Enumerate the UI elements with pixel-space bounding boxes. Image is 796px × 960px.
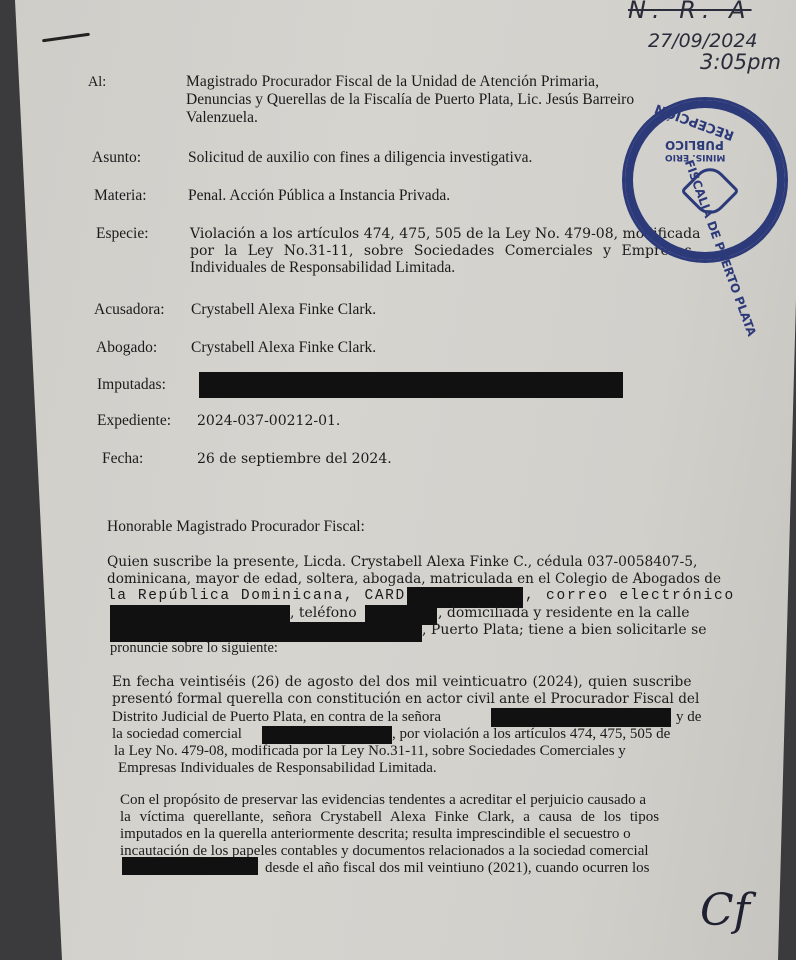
imputadas-redaction xyxy=(199,372,623,398)
p2-line-1: En fecha veintiséis (26) de agosto del d… xyxy=(112,674,692,690)
p2-line-2: presentó formal querella con constitució… xyxy=(112,691,699,707)
al-line-1: Magistrado Procurador Fiscal de la Unida… xyxy=(186,74,746,90)
abogado-value: Crystabell Alexa Finke Clark. xyxy=(191,340,376,356)
p2-line-5: la Ley No. 479-08, modificada por la Ley… xyxy=(114,743,626,759)
signature-initials: Cf xyxy=(700,885,750,936)
salutation: Honorable Magistrado Procurador Fiscal: xyxy=(107,519,365,535)
imputadas-label: Imputadas: xyxy=(97,377,166,393)
p2-line-4a: la sociedad comercial xyxy=(112,726,242,742)
received-date: 27/09/2024 xyxy=(648,30,758,52)
al-label: Al: xyxy=(88,74,106,90)
p3-line-1: Con el propósito de preservar las eviden… xyxy=(120,792,646,808)
p2-line-4b: , por violación a los artículos 474, 475… xyxy=(392,726,670,742)
stamp-center-1: MINIS. ERIO xyxy=(665,152,725,162)
p1-line-4b: , domiciliada y residente en la calle xyxy=(438,605,690,621)
p1-line-3b: , correo electrónico xyxy=(525,588,735,604)
pen-mark xyxy=(42,33,90,43)
stamp-top-text: RECEPCIÓN xyxy=(653,100,736,143)
p3-line-2: la víctima querellante, señora Crystabel… xyxy=(120,809,659,825)
address-redaction xyxy=(110,622,422,642)
asunto-label: Asunto: xyxy=(92,150,141,166)
received-time: 3:05pm xyxy=(700,50,781,74)
sociedad-redaction xyxy=(262,726,392,744)
acusadora-label: Acusadora: xyxy=(94,302,165,318)
p2-line-3a: Distrito Judicial de Puerto Plata, en co… xyxy=(112,709,441,725)
fecha-value: 26 de septiembre del 2024. xyxy=(197,451,392,467)
document-page: N. R. A 27/09/2024 3:05pm Al: Magistrado… xyxy=(0,0,796,960)
p1-line-2: dominicana, mayor de edad, soltera, abog… xyxy=(107,571,721,587)
p3-line-5: desde el año fiscal dos mil veintiuno (2… xyxy=(265,860,650,876)
expediente-value: 2024-037-00212-01. xyxy=(197,413,340,429)
p2-line-6: Empresas Individuales de Responsabilidad… xyxy=(118,760,437,776)
reception-stamp: RECEPCIÓN FISCALIA DE PUERTO PLATA MINIS… xyxy=(622,97,788,263)
p3-line-3: imputados en la querella anteriormente d… xyxy=(120,826,631,842)
p1-line-6: pronuncie sobre lo siguiente: xyxy=(110,640,278,656)
asunto-value: Solicitud de auxilio con fines a diligen… xyxy=(188,150,532,166)
fecha-label: Fecha: xyxy=(102,451,143,467)
stamp-center-2: PUBLICO xyxy=(665,138,724,152)
sociedad-redaction-2 xyxy=(122,857,258,875)
especie-label: Especie: xyxy=(96,226,149,242)
especie-line-1: Violación a los artículos 474, 475, 505 … xyxy=(190,226,701,242)
al-line-3: Valenzuela. xyxy=(186,110,258,126)
received-initials: N. R. A xyxy=(628,0,752,24)
p2-line-3b: y de xyxy=(676,709,701,725)
p1-line-1: Quien suscribe la presente, Licda. Cryst… xyxy=(107,554,697,570)
materia-value: Penal. Acción Pública a Instancia Privad… xyxy=(188,188,450,204)
especie-line-2: por la Ley No.31-11, sobre Sociedades Co… xyxy=(190,243,692,259)
especie-line-3: Individuales de Responsabilidad Limitada… xyxy=(190,260,455,276)
p1-line-4a: , teléfono xyxy=(290,605,357,621)
senora-redaction xyxy=(491,708,671,727)
p1-line-5: , Puerto Plata; tiene a bien solicitarle… xyxy=(422,622,707,638)
abogado-label: Abogado: xyxy=(96,340,157,356)
acusadora-value: Crystabell Alexa Finke Clark. xyxy=(191,302,376,318)
expediente-label: Expediente: xyxy=(97,413,171,429)
materia-label: Materia: xyxy=(94,188,147,204)
al-line-2: Denuncias y Querellas de la Fiscalía de … xyxy=(186,92,634,108)
p1-line-3a: la República Dominicana, CARD xyxy=(107,588,406,604)
